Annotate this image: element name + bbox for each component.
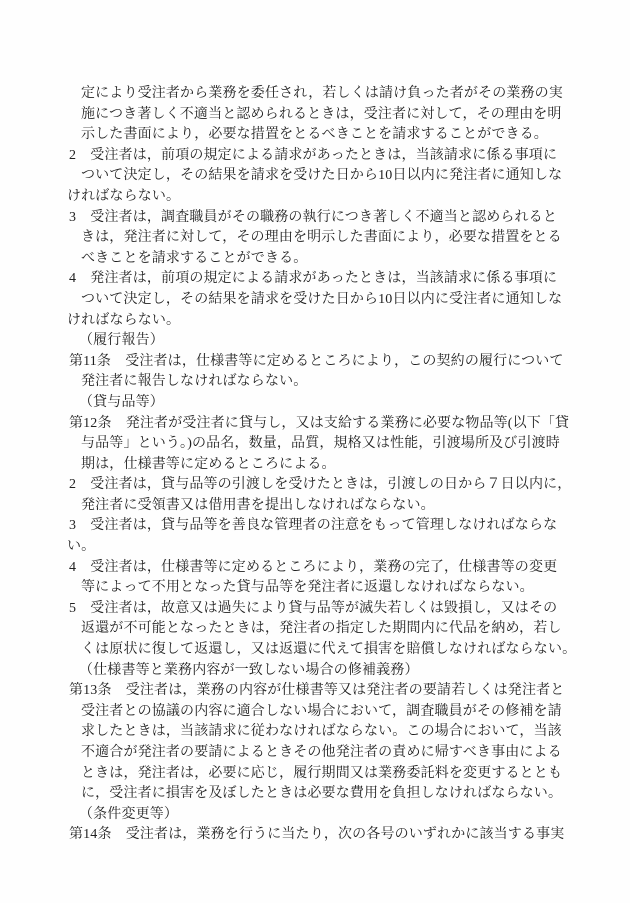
contract-text-body: 定により受注者から業務を委任され，若しくは請け負った者がその業務の実施につき著し… [67,84,567,846]
text-line: きは，発注者に対して，その理由を明示した書面により，必要な措置をとる [67,228,567,249]
text-line: 期は，仕様書等に定めるところによる。 [67,455,567,476]
text-line: 2 受注者は，貸与品等の引渡しを受けたときは，引渡しの日から７日以内に， [67,475,567,496]
text-line: 2 受注者は，前項の規定による請求があったときは，当該請求に係る事項に [67,146,567,167]
document-page: 定により受注者から業務を委任され，若しくは請け負った者がその業務の実施につき著し… [0,0,630,903]
text-line: 発注者に報告しなければならない。 [67,372,567,393]
text-line: 第12条 発注者が受注者に貸与し，又は支給する業務に必要な物品等(以下「貸 [67,414,567,435]
text-line: 施につき著しく不適当と認められるときは，受注者に対して，その理由を明 [67,105,567,126]
text-line: に，受注者に損害を及ぼしたときは必要な費用を負担しなければならない。 [67,784,567,805]
text-line: ついて決定し，その結果を請求を受けた日から10日以内に発注者に通知しな [67,166,567,187]
text-line: 受注者との協議の内容に適合しない場合において，調査職員がその修補を請 [67,702,567,723]
text-line: 5 受注者は，故意又は過失により貸与品等が滅失若しくは毀損し，又はその [67,599,567,620]
text-line: 4 受注者は，仕様書等に定めるところにより，業務の完了，仕様書等の変更 [67,558,567,579]
text-line: 3 受注者は，調査職員がその職務の執行につき著しく不適当と認められると [67,208,567,229]
text-line: ければならない。 [67,311,567,332]
text-line: ついて決定し，その結果を請求を受けた日から10日以内に受注者に通知しな [67,290,567,311]
text-line: （条件変更等） [67,805,567,826]
text-line: 等によって不用となった貸与品等を発注者に返還しなければならない。 [67,578,567,599]
text-line: （履行報告） [67,331,567,352]
text-line: 第11条 受注者は，仕様書等に定めるところにより，この契約の履行について [67,352,567,373]
text-line: 不適合が発注者の要請によるときその他発注者の責めに帰すべき事由による [67,743,567,764]
text-line: べきことを請求することができる。 [67,249,567,270]
text-line: （仕様書等と業務内容が一致しない場合の修補義務） [67,661,567,682]
text-line: い。 [67,537,567,558]
text-line: ければならない。 [67,187,567,208]
text-line: 示した書面により，必要な措置をとるべきことを請求することができる。 [67,125,567,146]
text-line: 第14条 受注者は，業務を行うに当たり，次の各号のいずれかに該当する事実 [67,825,567,846]
text-line: 求したときは，当該請求に従わなければならない。この場合において，当該 [67,722,567,743]
text-line: 定により受注者から業務を委任され，若しくは請け負った者がその業務の実 [67,84,567,105]
text-line: 3 受注者は，貸与品等を善良な管理者の注意をもって管理しなければならな [67,516,567,537]
text-line: 与品等」という。)の品名，数量，品質，規格又は性能，引渡場所及び引渡時 [67,434,567,455]
text-line: 返還が不可能となったときは，発注者の指定した期間内に代品を納め，若し [67,619,567,640]
text-line: ときは，発注者は，必要に応じ，履行期間又は業務委託料を変更するととも [67,764,567,785]
text-line: 4 発注者は，前項の規定による請求があったときは，当該請求に係る事項に [67,269,567,290]
text-line: 発注者に受領書又は借用書を提出しなければならない。 [67,496,567,517]
text-line: くは原状に復して返還し，又は返還に代えて損害を賠償しなければならない。 [67,640,567,661]
text-line: （貸与品等） [67,393,567,414]
text-line: 第13条 受注者は，業務の内容が仕様書等又は発注者の要請若しくは発注者と [67,681,567,702]
